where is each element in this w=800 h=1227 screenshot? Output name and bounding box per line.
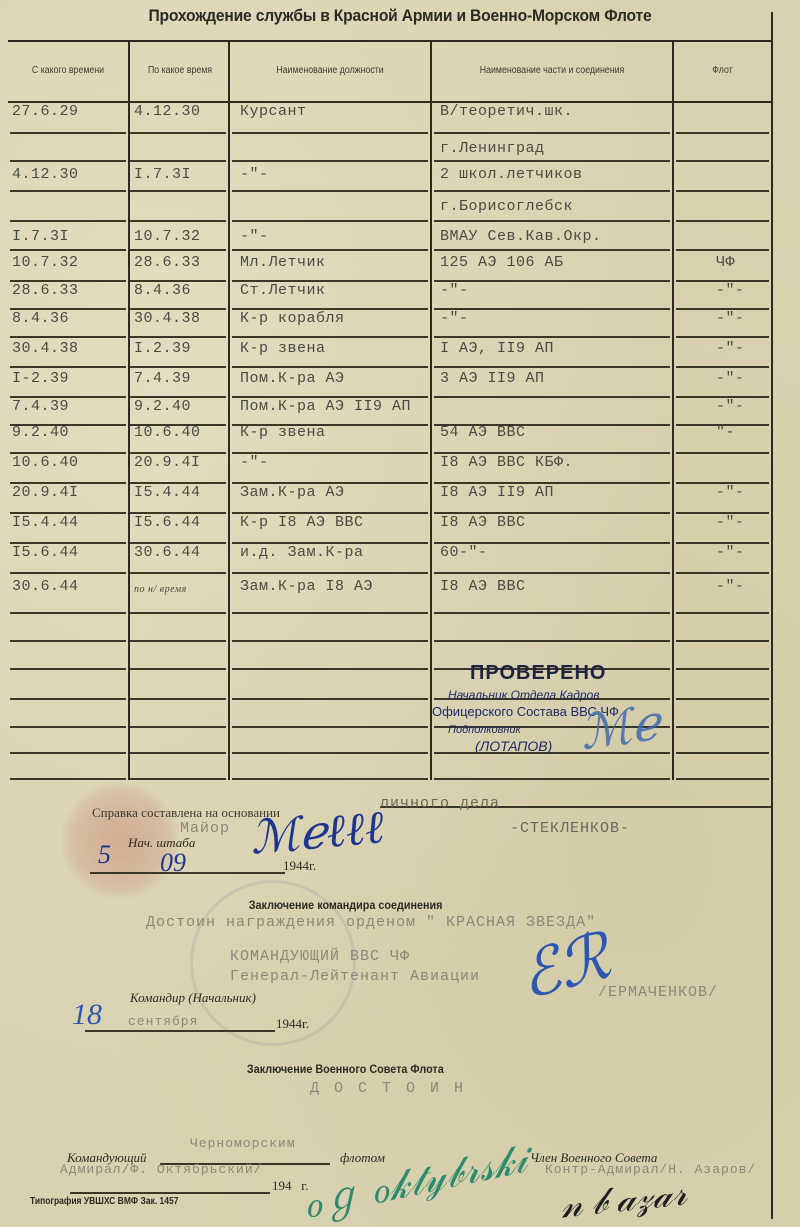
commander-date-month: сентября [128, 1014, 198, 1029]
table-row-rule [10, 752, 126, 754]
table-row-rule [10, 132, 126, 134]
cell-unit: I8 АЭ ВВС КБФ. [440, 454, 573, 471]
cell-unit: I АЭ, II9 АП [440, 340, 554, 357]
cell-fleet: -"- [716, 310, 745, 327]
cell-unit: 125 АЭ 106 АБ [440, 254, 564, 271]
cell-position: Пом.К-ра АЭ [240, 370, 345, 387]
cell-position: Мл.Летчик [240, 254, 326, 271]
table-row-rule [676, 752, 769, 754]
table-row-rule [232, 132, 428, 134]
table-row-rule [232, 612, 428, 614]
cell-to: 20.9.4I [134, 454, 201, 471]
cell-from: I.7.3I [12, 228, 69, 245]
cell-from: 30.6.44 [12, 578, 79, 595]
certificate-date-year-wrap: 1944г. [283, 858, 316, 874]
cell-from: 4.12.30 [12, 166, 79, 183]
table-row-rule [676, 668, 769, 670]
table-row-rule [434, 612, 670, 614]
table-row-rule [232, 249, 428, 251]
table-row-rule [676, 160, 769, 162]
table-row-rule [10, 249, 126, 251]
cell-unit: -"- [440, 282, 469, 299]
table-row-rule [232, 190, 428, 192]
table-row-rule [10, 640, 126, 642]
certificate-date-rule [90, 872, 285, 874]
cell-fleet: -"- [716, 544, 745, 561]
table-row-rule [130, 640, 226, 642]
verified-stamp-line3: Подполковник [448, 724, 521, 736]
cell-unit: 2 школ.летчиков [440, 166, 583, 183]
cell-from: 10.6.40 [12, 454, 79, 471]
council-member-signature: 𝓃 𝒷 𝒶𝓏𝒶𝓇 [558, 1171, 689, 1227]
table-row-rule [434, 366, 670, 368]
table-row-rule [130, 366, 226, 368]
table-row-rule [130, 220, 226, 222]
table-row-rule [434, 280, 670, 282]
table-row-rule [10, 572, 126, 574]
table-row-rule [232, 640, 428, 642]
cell-position: Ст.Летчик [240, 282, 326, 299]
cell-unit: г.Борисоглебск [440, 198, 573, 215]
cell-to: I.2.39 [134, 340, 191, 357]
cell-fleet: -"- [716, 578, 745, 595]
chief-of-staff-signature: ℳℯℓℓℓ [248, 799, 386, 864]
cell-position: и.д. Зам.К-ра [240, 544, 364, 561]
table-row-rule [10, 220, 126, 222]
table-row-rule [130, 726, 226, 728]
cell-from: 30.4.38 [12, 340, 79, 357]
commander-conclusion-text: Достоин награждения орденом " КРАСНАЯ ЗВ… [146, 914, 596, 931]
cell-position: Зам.К-ра I8 АЭ [240, 578, 373, 595]
cell-position: -"- [240, 454, 269, 471]
table-row-rule [10, 612, 126, 614]
certificate-date-month: 09 [160, 848, 186, 878]
cell-fleet: -"- [716, 282, 745, 299]
table-row-rule [232, 698, 428, 700]
cell-to: I.7.3I [134, 166, 191, 183]
table-row-rule [434, 778, 670, 780]
cell-to: 7.4.39 [134, 370, 191, 387]
commander-signer-title: КОМАНДУЮЩИЙ ВВС ЧФ [230, 948, 410, 965]
cell-position: Пом.К-ра АЭ II9 АП [240, 398, 411, 415]
table-row-rule [434, 249, 670, 251]
council-fleet-name: Черноморским [190, 1136, 296, 1151]
table-row-rule [10, 190, 126, 192]
council-conclusion-heading: Заключение Военного Совета Флота [247, 1062, 444, 1076]
cell-to: I5.6.44 [134, 514, 201, 531]
printer-name: Типография УВШХС ВМФ [30, 1196, 138, 1207]
table-row-rule [676, 726, 769, 728]
page-title: Прохождение службы в Красной Армии и Вое… [32, 6, 768, 26]
table-row-rule [676, 452, 769, 454]
cell-from: I5.6.44 [12, 544, 79, 561]
table-row-rule [676, 220, 769, 222]
table-row-rule [130, 752, 226, 754]
cell-position: Курсант [240, 103, 307, 120]
verified-stamp-line4: (ЛОТАПОВ) [475, 738, 552, 754]
table-row-rule [130, 668, 226, 670]
table-row-rule [232, 336, 428, 338]
table-row-rule [434, 396, 670, 398]
table-row-rule [232, 778, 428, 780]
cell-unit: I8 АЭ II9 АП [440, 484, 554, 501]
cell-position: -"- [240, 166, 269, 183]
cell-unit: 60-"- [440, 544, 488, 561]
table-row-rule [434, 132, 670, 134]
cell-fleet: -"- [716, 484, 745, 501]
council-conclusion-text: Д О С Т О И Н [310, 1080, 466, 1097]
table-row-rule [130, 612, 226, 614]
cell-from: 7.4.39 [12, 398, 69, 415]
table-row-rule [232, 726, 428, 728]
order-label: Зак. [141, 1196, 158, 1207]
council-date-rule [70, 1192, 270, 1194]
table-row-rule [434, 220, 670, 222]
cell-to: по н/ время [134, 584, 187, 595]
cell-to: 8.4.36 [134, 282, 191, 299]
certificate-date-day: 5 [98, 840, 111, 870]
outer-border-right [771, 12, 773, 1219]
commander-date-day: 18 [72, 998, 102, 1032]
commander-year-suffix: г. [302, 1016, 309, 1031]
table-row-rule [676, 572, 769, 574]
table-row-rule [130, 132, 226, 134]
table-row-rule [434, 640, 670, 642]
table-row-rule [10, 668, 126, 670]
cell-unit: I8 АЭ ВВС [440, 514, 526, 531]
table-row-rule [676, 190, 769, 192]
table-row-rule [130, 698, 226, 700]
certificate-line1-suffix: личного дела [380, 795, 500, 812]
table-row-rule [130, 190, 226, 192]
table-row-rule [676, 698, 769, 700]
certificate-year-suffix: г. [309, 858, 316, 873]
header-fleet: Флот [680, 42, 765, 100]
table-row-rule [676, 778, 769, 780]
table-row-rule [232, 572, 428, 574]
table-row-rule [10, 336, 126, 338]
cell-unit: 54 АЭ ВВС [440, 424, 526, 441]
cell-unit: I8 АЭ ВВС [440, 578, 526, 595]
table-header-bottom-rule [8, 101, 771, 103]
commander-date-year-wrap: 1944г. [276, 1016, 309, 1032]
cell-fleet: "- [716, 424, 735, 441]
commander-date-rule [85, 1030, 275, 1032]
table-row-rule [130, 336, 226, 338]
commander-date-year: 1944 [276, 1016, 302, 1031]
verified-stamp-line1: Начальник Отдела Кадров [448, 688, 600, 702]
verifier-signature: ℳℯ [576, 695, 663, 762]
table-row-rule [10, 366, 126, 368]
table-row-rule [676, 612, 769, 614]
cell-position: К-р I8 АЭ ВВС [240, 514, 364, 531]
table-row-rule [676, 132, 769, 134]
header-unit: Наименование части и соединения [446, 42, 657, 100]
table-row-rule [232, 752, 428, 754]
table-row-rule [434, 572, 670, 574]
table-row-rule [434, 160, 670, 162]
cell-from: 10.7.32 [12, 254, 79, 271]
table-row-rule [232, 366, 428, 368]
cell-to: I5.4.44 [134, 484, 201, 501]
certificate-date-year: 1944 [283, 858, 309, 873]
cell-to: 30.4.38 [134, 310, 201, 327]
table-row-rule [10, 778, 126, 780]
cell-unit: В/теоретич.шк. [440, 103, 573, 120]
cell-from: I-2.39 [12, 370, 69, 387]
table-row-rule [10, 726, 126, 728]
cell-position: К-р звена [240, 424, 326, 441]
table-row-rule [130, 572, 226, 574]
table-row-rule [434, 308, 670, 310]
cell-from: 28.6.33 [12, 282, 79, 299]
cell-position: -"- [240, 228, 269, 245]
cell-fleet: -"- [716, 340, 745, 357]
cell-to: 10.6.40 [134, 424, 201, 441]
table-row-rule [232, 160, 428, 162]
cell-to: 9.2.40 [134, 398, 191, 415]
table-row-rule [434, 336, 670, 338]
header-position: Наименование должности [242, 42, 418, 100]
cell-to: 30.6.44 [134, 544, 201, 561]
table-row-rule [130, 160, 226, 162]
cell-unit: ВМАУ Сев.Кав.Окр. [440, 228, 602, 245]
commander-label: Командир (Начальник) [130, 990, 256, 1006]
column-divider-3 [430, 40, 432, 780]
table-row-rule [10, 160, 126, 162]
table-row-rule [10, 698, 126, 700]
table-row-rule [130, 249, 226, 251]
verified-stamp-title: ПРОВЕРЕНО [470, 662, 606, 685]
council-date-year: 194 [272, 1178, 292, 1193]
cell-from: 20.9.4I [12, 484, 79, 501]
commander-conclusion-heading: Заключение командира соединения [249, 898, 443, 912]
order-number: 1457 [160, 1196, 179, 1207]
council-commander-name: Адмирал/Ф. Октябрьский/ [60, 1162, 262, 1177]
table-row-rule [676, 366, 769, 368]
table-row-rule [232, 668, 428, 670]
printer-imprint: Типография УВШХС ВМФ Зак. 1457 [30, 1196, 178, 1207]
commander-signer-rank: Генерал-Лейтенант Авиации [230, 968, 480, 985]
header-to: По какое время [145, 42, 215, 100]
certificate-name: -СТЕКЛЕНКОВ- [510, 820, 630, 837]
fleet-commander-signature: ℴℊ ℴ𝓀𝓉𝓎𝒷𝓇𝓈𝓀𝒾 [297, 1127, 532, 1227]
column-divider-4 [672, 40, 674, 780]
cell-unit: г.Ленинград [440, 140, 545, 157]
table-row-rule [434, 190, 670, 192]
cell-from: I5.4.44 [12, 514, 79, 531]
cell-position: Зам.К-ра АЭ [240, 484, 345, 501]
cell-fleet: -"- [716, 398, 745, 415]
cell-fleet: -"- [716, 370, 745, 387]
column-divider-2 [228, 40, 230, 780]
cell-fleet: -"- [716, 514, 745, 531]
header-from: С какого времени [15, 42, 121, 100]
table-row-rule [232, 220, 428, 222]
table-row-rule [676, 640, 769, 642]
cell-unit: -"- [440, 310, 469, 327]
cell-from: 9.2.40 [12, 424, 69, 441]
cell-position: К-р корабля [240, 310, 345, 327]
cell-to: 4.12.30 [134, 103, 201, 120]
cell-to: 10.7.32 [134, 228, 201, 245]
cell-position: К-р звена [240, 340, 326, 357]
cell-fleet: ЧФ [716, 254, 735, 271]
cell-from: 8.4.36 [12, 310, 69, 327]
cell-to: 28.6.33 [134, 254, 201, 271]
table-row-rule [130, 778, 226, 780]
cell-from: 27.6.29 [12, 103, 79, 120]
cell-unit: 3 АЭ II9 АП [440, 370, 545, 387]
table-row-rule [676, 336, 769, 338]
table-row-rule [676, 249, 769, 251]
